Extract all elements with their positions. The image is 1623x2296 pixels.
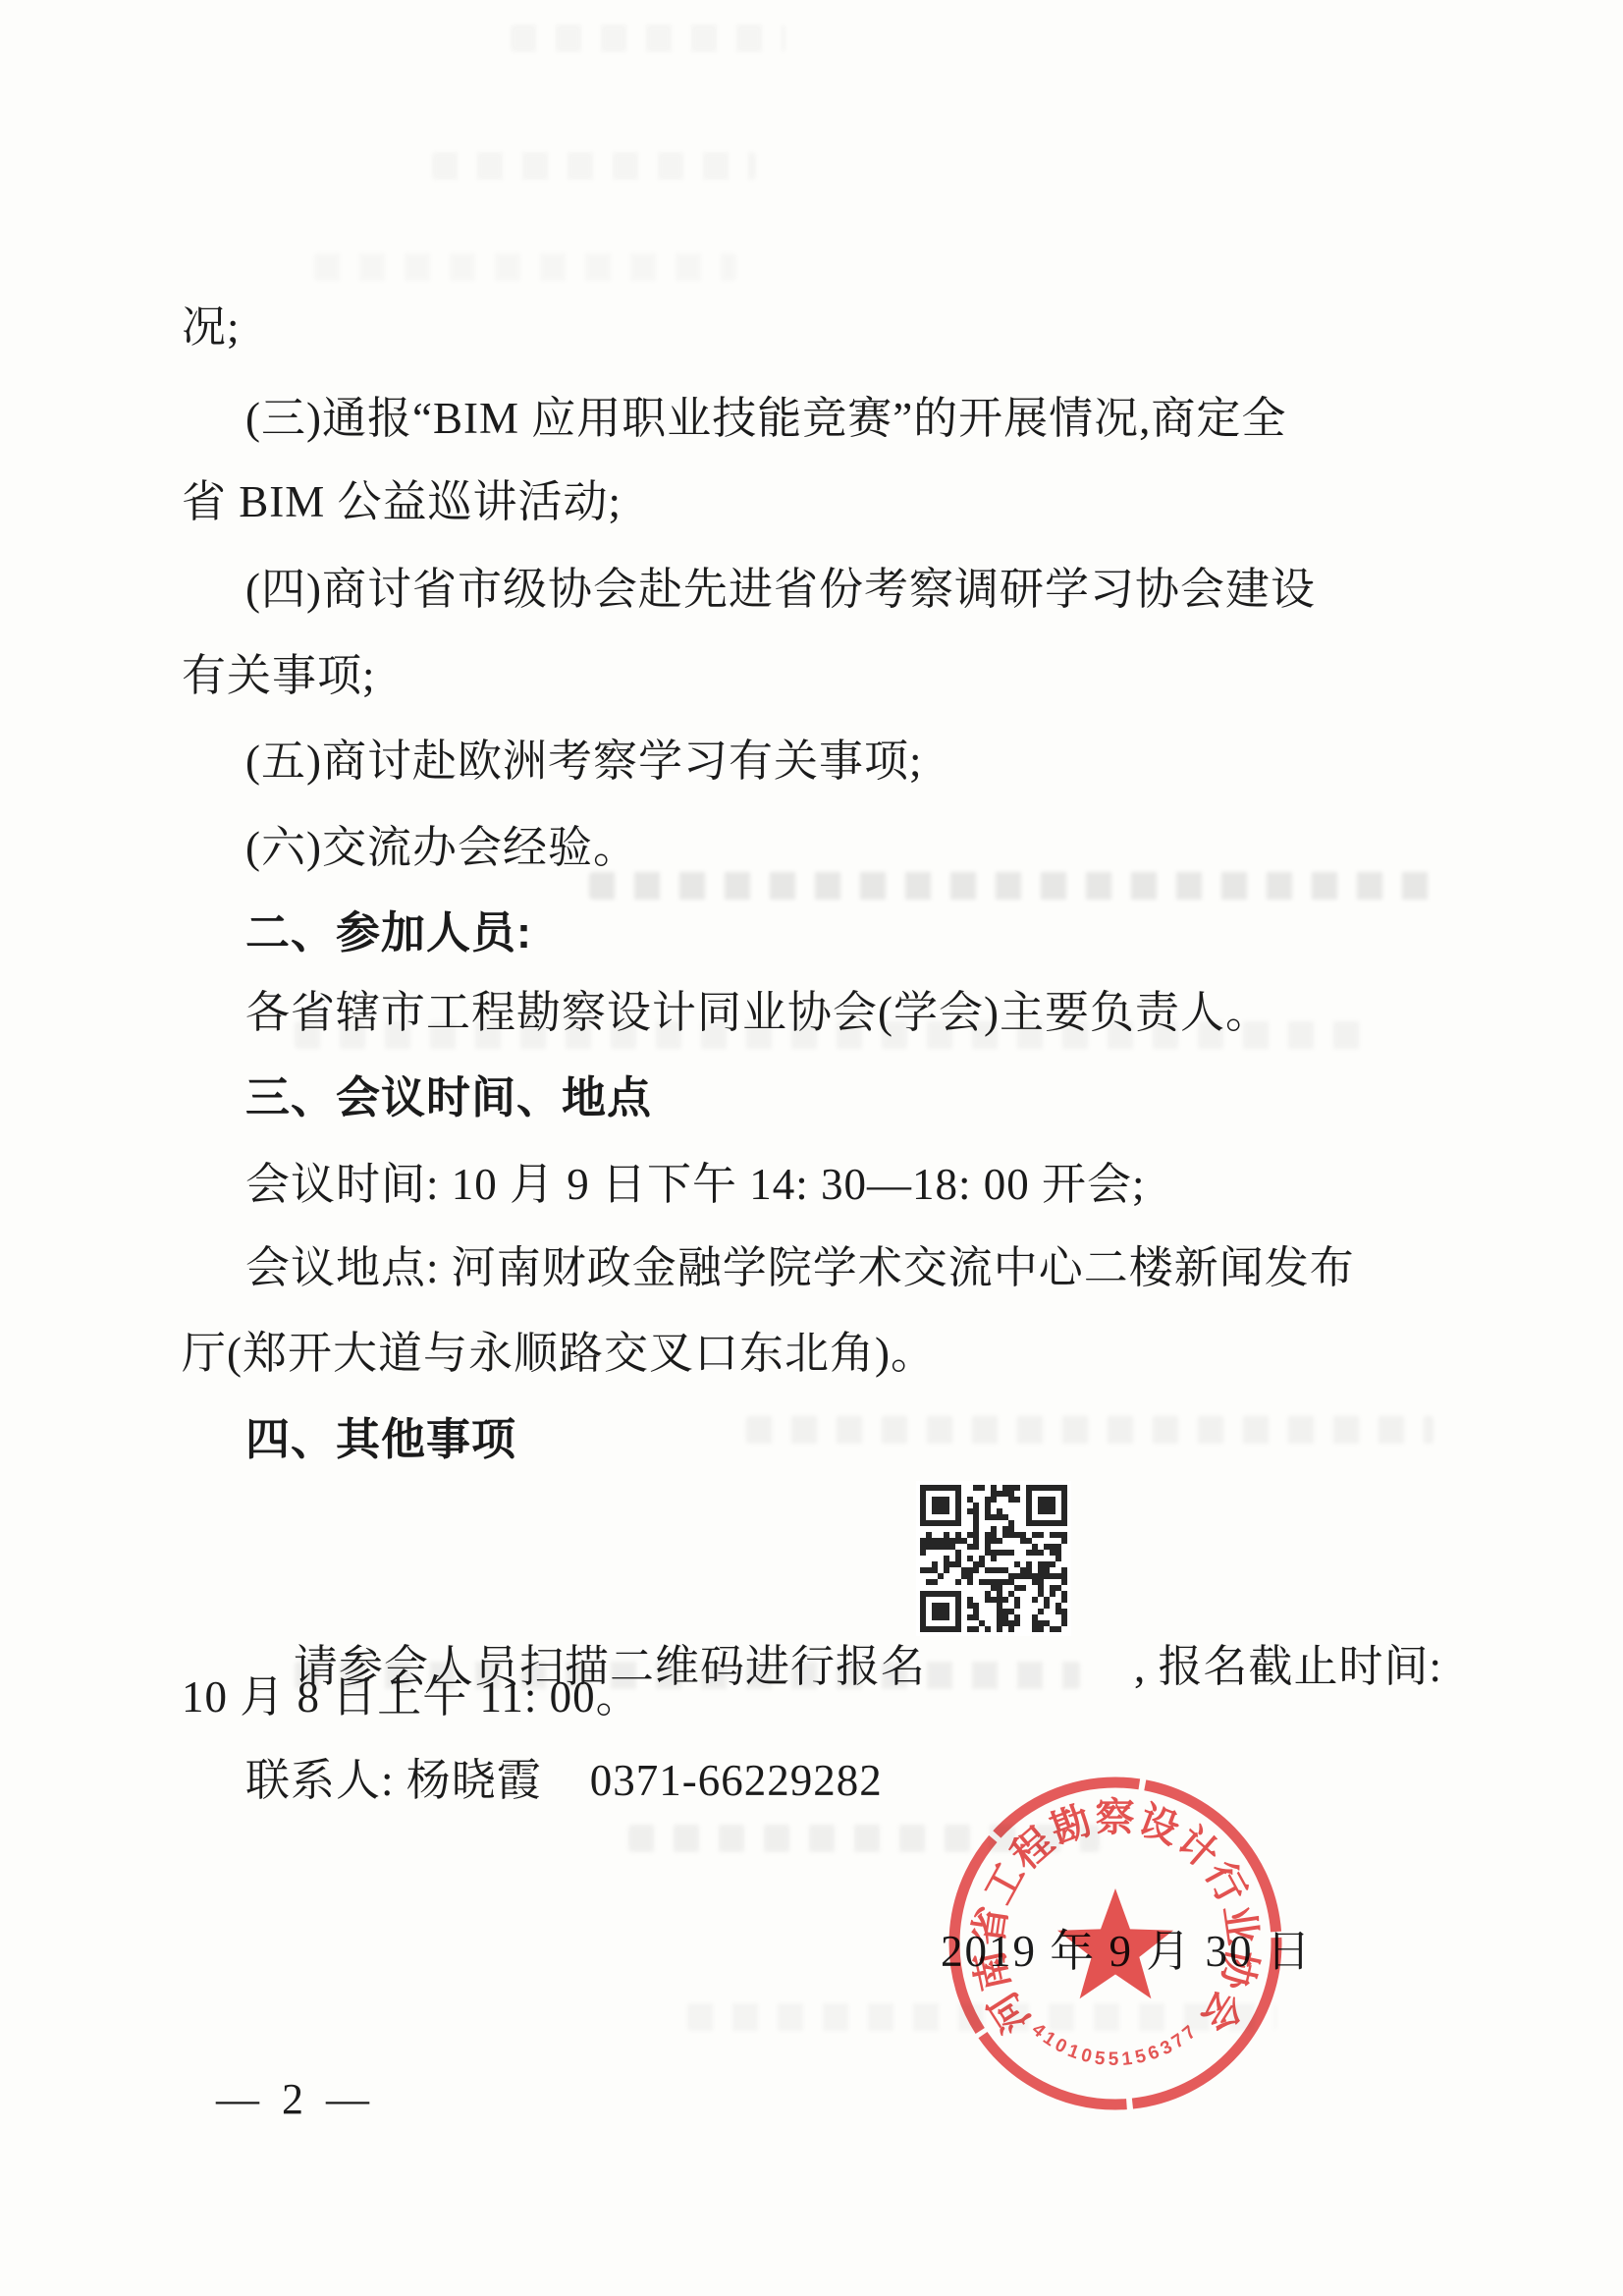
section-heading-time-place: 三、会议时间、地点	[245, 1070, 652, 1125]
text-line: 会议地点: 河南财政金融学院学术交流中心二楼新闻发布	[245, 1240, 1355, 1295]
text-line: (五)商讨赴欧洲考察学习有关事项;	[245, 734, 922, 789]
seal-serial-number: 4101055156377	[1028, 2019, 1204, 2070]
contact-line: 联系人: 杨晓霞 0371-66229282	[245, 1753, 883, 1808]
text-line: 况;	[182, 300, 241, 355]
text-line: 厅(郑开大道与永顺路交叉口东北角)。	[182, 1326, 936, 1381]
seal-star-icon	[1057, 1888, 1173, 1998]
section-heading-participants: 二、参加人员:	[245, 905, 532, 960]
text-line: 会议时间: 10 月 9 日下午 14: 30—18: 00 开会;	[245, 1157, 1146, 1212]
bleedthrough-artifact	[511, 25, 785, 52]
text-line: 各省辖市工程勘察设计同业协会(学会)主要负责人。	[245, 985, 1271, 1040]
qr-code	[916, 1481, 1071, 1636]
text-after-qr: , 报名截止时间:	[1134, 1642, 1442, 1691]
text-line: 有关事项;	[182, 648, 376, 703]
bleedthrough-artifact	[314, 253, 736, 281]
bleedthrough-artifact	[432, 152, 756, 180]
bleedthrough-artifact	[589, 872, 1434, 900]
text-line: 10 月 8 日上午 11: 00。	[182, 1669, 641, 1724]
bleedthrough-artifact	[746, 1416, 1434, 1444]
scanned-document-page: 况; (三)通报“BIM 应用职业技能竞赛”的开展情况,商定全 省 BIM 公益…	[0, 0, 1623, 2296]
text-line: 省 BIM 公益巡讲活动;	[182, 474, 622, 529]
text-line: (四)商讨省市级协会赴先进省份考察调研学习协会建设	[245, 562, 1316, 617]
official-seal: 河南省工程勘察设计行业协会 4101055156377	[919, 1747, 1312, 2140]
text-line: (六)交流办会经验。	[245, 820, 638, 875]
text-line: (三)通报“BIM 应用职业技能竞赛”的开展情况,商定全	[245, 391, 1286, 446]
section-heading-other-matters: 四、其他事项	[245, 1412, 516, 1467]
qr-code-image	[916, 1481, 1071, 1636]
page-number: — 2 —	[216, 2074, 375, 2124]
